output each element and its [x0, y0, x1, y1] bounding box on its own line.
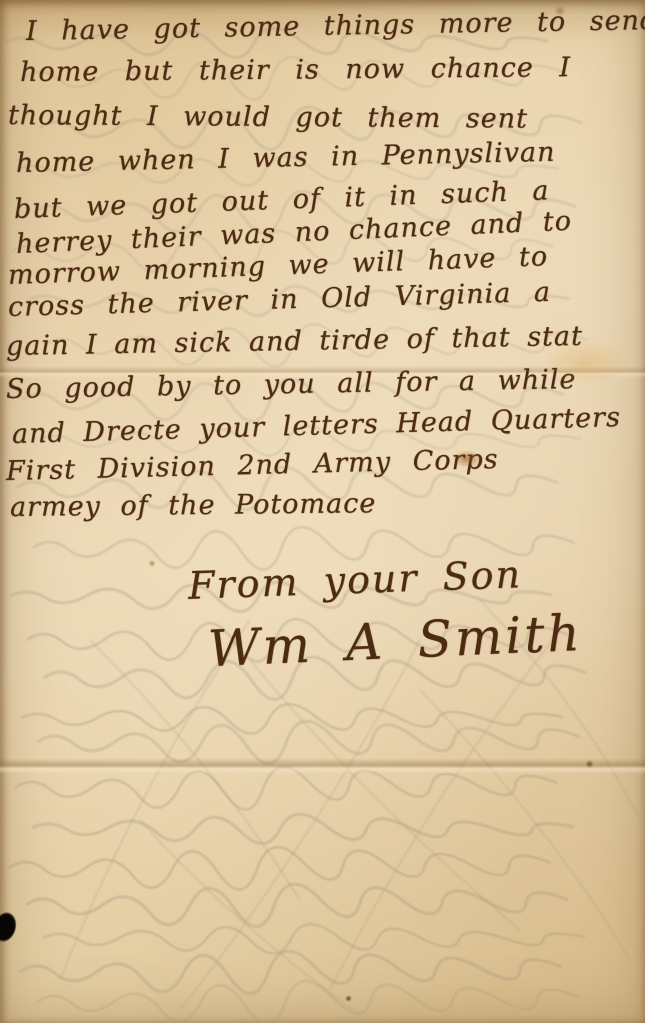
letter-line: gain I am sick and tirde of that stat — [6, 321, 583, 362]
stain — [540, 340, 630, 386]
letter-line: thought I would got them sent — [8, 100, 528, 135]
stain — [345, 995, 352, 1002]
stain — [452, 450, 482, 468]
letter-line: So good by to you all for a while — [6, 364, 577, 405]
letter-line: First Division 2nd Army Corps — [6, 444, 499, 487]
letter-line: and Drecte your letters Head Quarters — [12, 402, 622, 450]
letter-body: I have got some things more to sendhome … — [0, 0, 645, 1023]
letter-line: I have got some things more to send — [26, 5, 645, 47]
letter-page: I have got some things more to sendhome … — [0, 0, 645, 1023]
letter-line: armey of the Potomace — [10, 488, 377, 523]
stain — [554, 6, 566, 16]
letter-line: home but their is now chance I — [20, 52, 571, 88]
letter-line: home when I was in Pennyslivan — [16, 137, 556, 179]
stain — [585, 760, 594, 768]
stain — [148, 560, 156, 567]
